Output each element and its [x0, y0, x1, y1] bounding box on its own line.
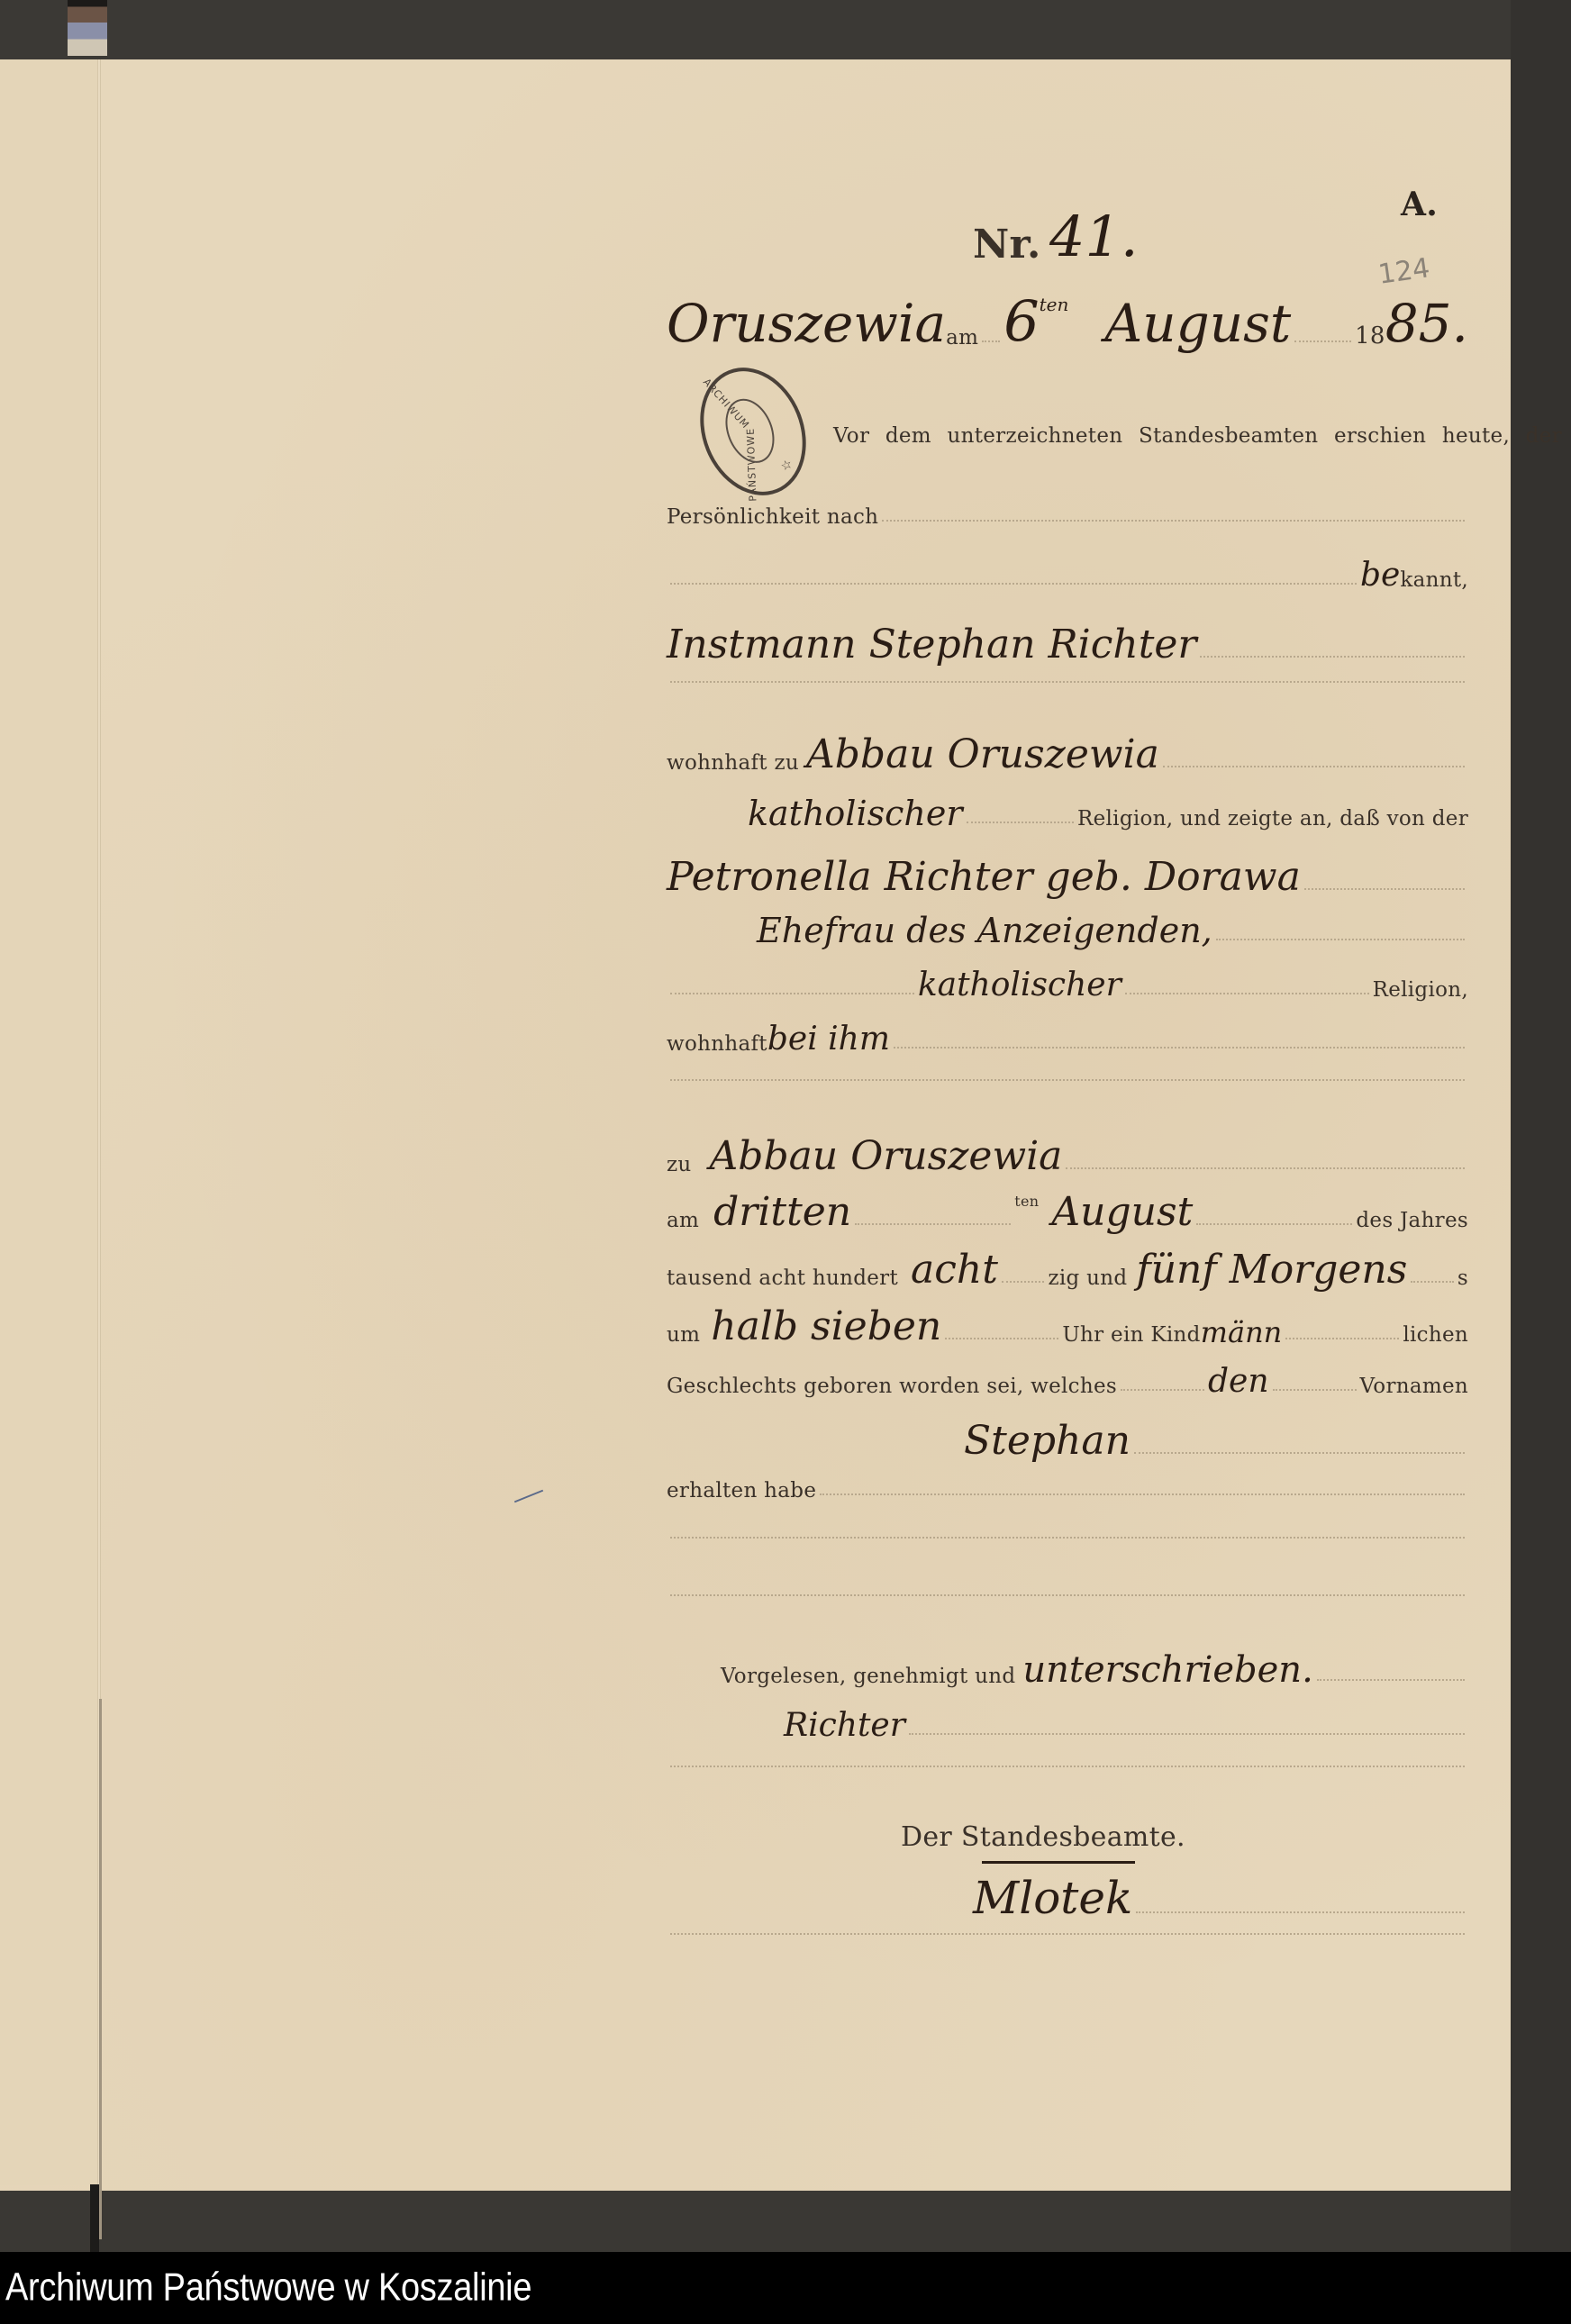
- archive-name: Archiwum Państwowe w Koszalinie: [0, 2265, 531, 2310]
- date-am-label: am: [667, 1209, 699, 1232]
- residence-line: wohnhaft zu Abbau Oruszewia: [667, 735, 1468, 775]
- identity-known-line: be kannt,: [667, 559, 1468, 592]
- scan-right-border: [1511, 0, 1571, 2252]
- year-prefix: 18: [1355, 322, 1385, 350]
- year-decade: acht: [911, 1250, 998, 1290]
- blank-line-1: [667, 681, 1468, 690]
- child-label: Uhr ein Kind: [1062, 1323, 1200, 1347]
- birth-year-line: tausend acht hundert acht zig und fünf M…: [667, 1250, 1468, 1290]
- informant-signature: Richter: [784, 1710, 905, 1742]
- year-end: s: [1457, 1266, 1468, 1290]
- religion-value: katholischer: [748, 796, 963, 831]
- residence-value: Abbau Oruszewia: [806, 735, 1159, 775]
- child-sex-suffix: lichen: [1403, 1323, 1468, 1347]
- birthplace-value: Abbau Oruszewia: [710, 1137, 1063, 1176]
- stamp-text-bottom: PAŃSTWOWE: [745, 428, 759, 502]
- left-page-edge: [0, 59, 97, 2185]
- received-line: erhalten habe: [667, 1479, 1468, 1502]
- registrar-signature-line: Mlotek: [667, 1875, 1468, 1920]
- archive-caption-bar: Archiwum Państwowe w Koszalinie: [0, 2252, 1571, 2324]
- religion-line: katholischer Religion, und zeigte an, da…: [667, 796, 1468, 831]
- identity-label: Persönlichkeit nach: [667, 505, 878, 529]
- form-letter: A.: [1401, 186, 1438, 223]
- registrar-title: Der Standesbeamte.: [901, 1821, 1185, 1853]
- mother-line: Petronella Richter geb. Dorawa: [667, 858, 1468, 897]
- year-suffix: 85.: [1385, 297, 1468, 350]
- blank-line-4: [667, 1594, 1468, 1603]
- intro-text: Vor dem unterzeichneten Standesbeamten e…: [833, 424, 1562, 448]
- sex-line: Geschlechts geboren worden sei, welches …: [667, 1366, 1468, 1398]
- day-suffix: ten: [1040, 294, 1069, 315]
- archive-stamp: ARCHIWUM PAŃSTWOWE ☆: [682, 351, 825, 511]
- child-name-line: Stephan: [667, 1421, 1468, 1461]
- day-value: 6: [1003, 294, 1039, 350]
- blank-line-3: [667, 1537, 1468, 1546]
- birth-month: August: [1051, 1193, 1193, 1232]
- mother-residence-value: bei ihm: [767, 1023, 890, 1056]
- religion-text: Religion, und zeigte an, daß von der: [1077, 807, 1468, 831]
- residence-label: wohnhaft zu: [667, 751, 799, 775]
- am-label: am: [946, 326, 978, 350]
- identity-suffix-hand: be: [1360, 559, 1400, 592]
- intro-line: Vor dem unterzeichneten Standesbeamten e…: [833, 424, 1468, 448]
- birthplace-label: zu: [667, 1153, 692, 1176]
- received-label: erhalten habe: [667, 1479, 816, 1502]
- read-approved-line: Vorgelesen, genehmigt und unterschrieben…: [667, 1652, 1468, 1688]
- birthplace-line: zu Abbau Oruszewia: [667, 1137, 1468, 1176]
- time-label: um: [667, 1323, 700, 1347]
- record-number: 41.: [1049, 204, 1139, 269]
- number-label: Nr.: [973, 222, 1041, 268]
- birth-time-line: um halb sieben Uhr ein Kind männ lichen: [667, 1307, 1468, 1347]
- name-article: den: [1208, 1366, 1269, 1398]
- mother-religion-label: Religion,: [1373, 978, 1468, 1002]
- star-icon: ☆: [778, 457, 795, 475]
- identity-suffix: kannt,: [1400, 568, 1468, 592]
- registrar-underline: [982, 1861, 1135, 1864]
- year-label: des Jahres: [1356, 1209, 1468, 1232]
- book-binding-threads: [68, 0, 107, 56]
- year-text-1: tausend acht hundert: [667, 1266, 898, 1290]
- place-date-line: Oruszewia am 6 ten August 18 85.: [667, 294, 1468, 350]
- child-name: Stephan: [964, 1421, 1131, 1461]
- place-name: Oruszewia: [667, 297, 946, 350]
- time-value: halb sieben: [711, 1307, 941, 1347]
- vornamen-label: Vornamen: [1360, 1375, 1469, 1398]
- archive-pencil-number: 124: [1376, 252, 1432, 291]
- child-sex: männ: [1201, 1318, 1283, 1347]
- mother-religion-line: katholischer Religion,: [667, 969, 1468, 1002]
- date-ten: ten: [1014, 1193, 1039, 1210]
- birth-day: dritten: [713, 1193, 851, 1232]
- mother-name: Petronella Richter geb. Dorawa: [667, 858, 1301, 897]
- mother-religion-value: katholischer: [918, 969, 1121, 1002]
- mother-residence-label: wohnhaft: [667, 1032, 767, 1056]
- blank-line-5: [667, 1766, 1468, 1775]
- document-paper: A. 124 Nr. 41. Oruszewia am 6 ten August…: [0, 59, 1511, 2191]
- scan-top-border: [0, 0, 1571, 59]
- identity-line: Persönlichkeit nach: [667, 505, 1468, 529]
- month-value: August: [1104, 297, 1291, 350]
- binding-gap: [90, 2184, 99, 2252]
- blank-line-2: [667, 1079, 1468, 1088]
- read-label: Vorgelesen, genehmigt und: [721, 1665, 1015, 1688]
- sex-text: Geschlechts geboren worden sei, welches: [667, 1375, 1117, 1398]
- stamp-text-top: ARCHIWUM: [701, 377, 752, 431]
- read-value: unterschrieben.: [1022, 1652, 1312, 1688]
- fold-shadow: [99, 1699, 102, 2239]
- birth-date-line: am dritten ten August des Jahres: [667, 1193, 1468, 1232]
- informant-name: Instmann Stephan Richter: [667, 625, 1196, 665]
- mother-relation: Ehefrau des Anzeigenden,: [757, 913, 1212, 948]
- blank-line-6: [667, 1933, 1468, 1942]
- mother-residence-line: wohnhaft bei ihm: [667, 1023, 1468, 1056]
- year-unit: fünf Morgens: [1136, 1250, 1407, 1290]
- informant-line: Instmann Stephan Richter: [667, 625, 1468, 665]
- registrar-signature: Mlotek: [973, 1875, 1132, 1920]
- informant-signature-line: Richter: [667, 1710, 1468, 1742]
- year-text-2: zig und: [1048, 1266, 1127, 1290]
- mother-relation-line: Ehefrau des Anzeigenden,: [667, 913, 1468, 948]
